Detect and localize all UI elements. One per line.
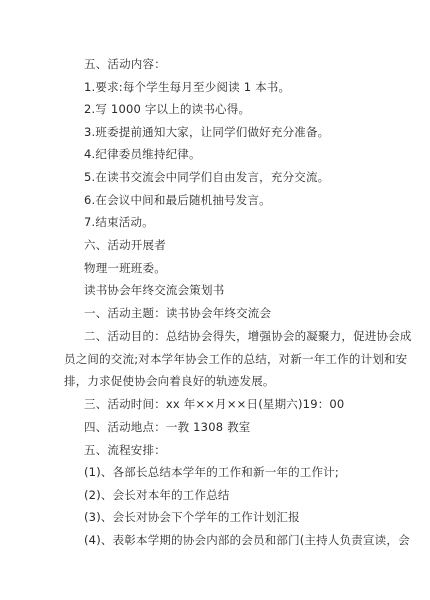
doc-line-process-2: (2)、会长对本年的工作总结 — [84, 488, 230, 502]
doc-line-item3: 3.班委提前通知大家，让同学们做好充分准备。 — [84, 125, 329, 139]
doc-line-process-3: (3)、会长对协会下个学年的工作计划汇报 — [84, 510, 300, 524]
doc-line-process-1: (1)、各部长总结本学年的工作和新一年的工作计; — [84, 465, 339, 479]
doc-line-location: 四、活动地点：一教 1308 教室 — [84, 420, 250, 434]
doc-line-section5-heading: 五、活动内容： — [84, 57, 166, 71]
doc-title: 读书协会年终交流会策划书 — [84, 283, 224, 297]
doc-line-section6-heading: 六、活动开展者 — [84, 238, 166, 252]
doc-line-item6: 6.在会议中间和最后随机抽号发言。 — [84, 193, 271, 207]
document-page: 五、活动内容： 1.要求:每个学生每月至少阅读 1 本书。 2.写 1000 字… — [0, 0, 430, 600]
doc-line-process-4: (4)、表彰本学期的协会内部的会员和部门(主持人负责宣读，会 — [84, 533, 410, 547]
doc-line-item1: 1.要求:每个学生每月至少阅读 1 本书。 — [84, 80, 290, 94]
doc-line-item7: 7.结束活动。 — [84, 215, 154, 229]
doc-line-purpose-2: 员之间的交流;对本学年协会工作的总结，对新一年工作的计划和安 — [64, 352, 407, 366]
doc-line-time: 三、活动时间：xx 年××月××日(星期六)19：00 — [84, 397, 344, 411]
doc-line-item2: 2.写 1000 字以上的读书心得。 — [84, 102, 250, 116]
doc-line-organizer: 物理一班班委。 — [84, 261, 166, 275]
doc-line-item4: 4.纪律委员维持纪律。 — [84, 147, 201, 161]
doc-line-item5: 5.在读书交流会中同学们自由发言，充分交流。 — [84, 170, 329, 184]
doc-line-purpose-1: 二、活动目的：总结协会得失，增强协会的凝聚力，促进协会成 — [84, 329, 412, 343]
doc-line-process-heading: 五、流程安排： — [84, 443, 166, 457]
doc-line-purpose-3: 排，力求促使协会向着良好的轨迹发展。 — [64, 374, 275, 388]
doc-line-theme: 一、活动主题：读书协会年终交流会 — [84, 306, 271, 320]
